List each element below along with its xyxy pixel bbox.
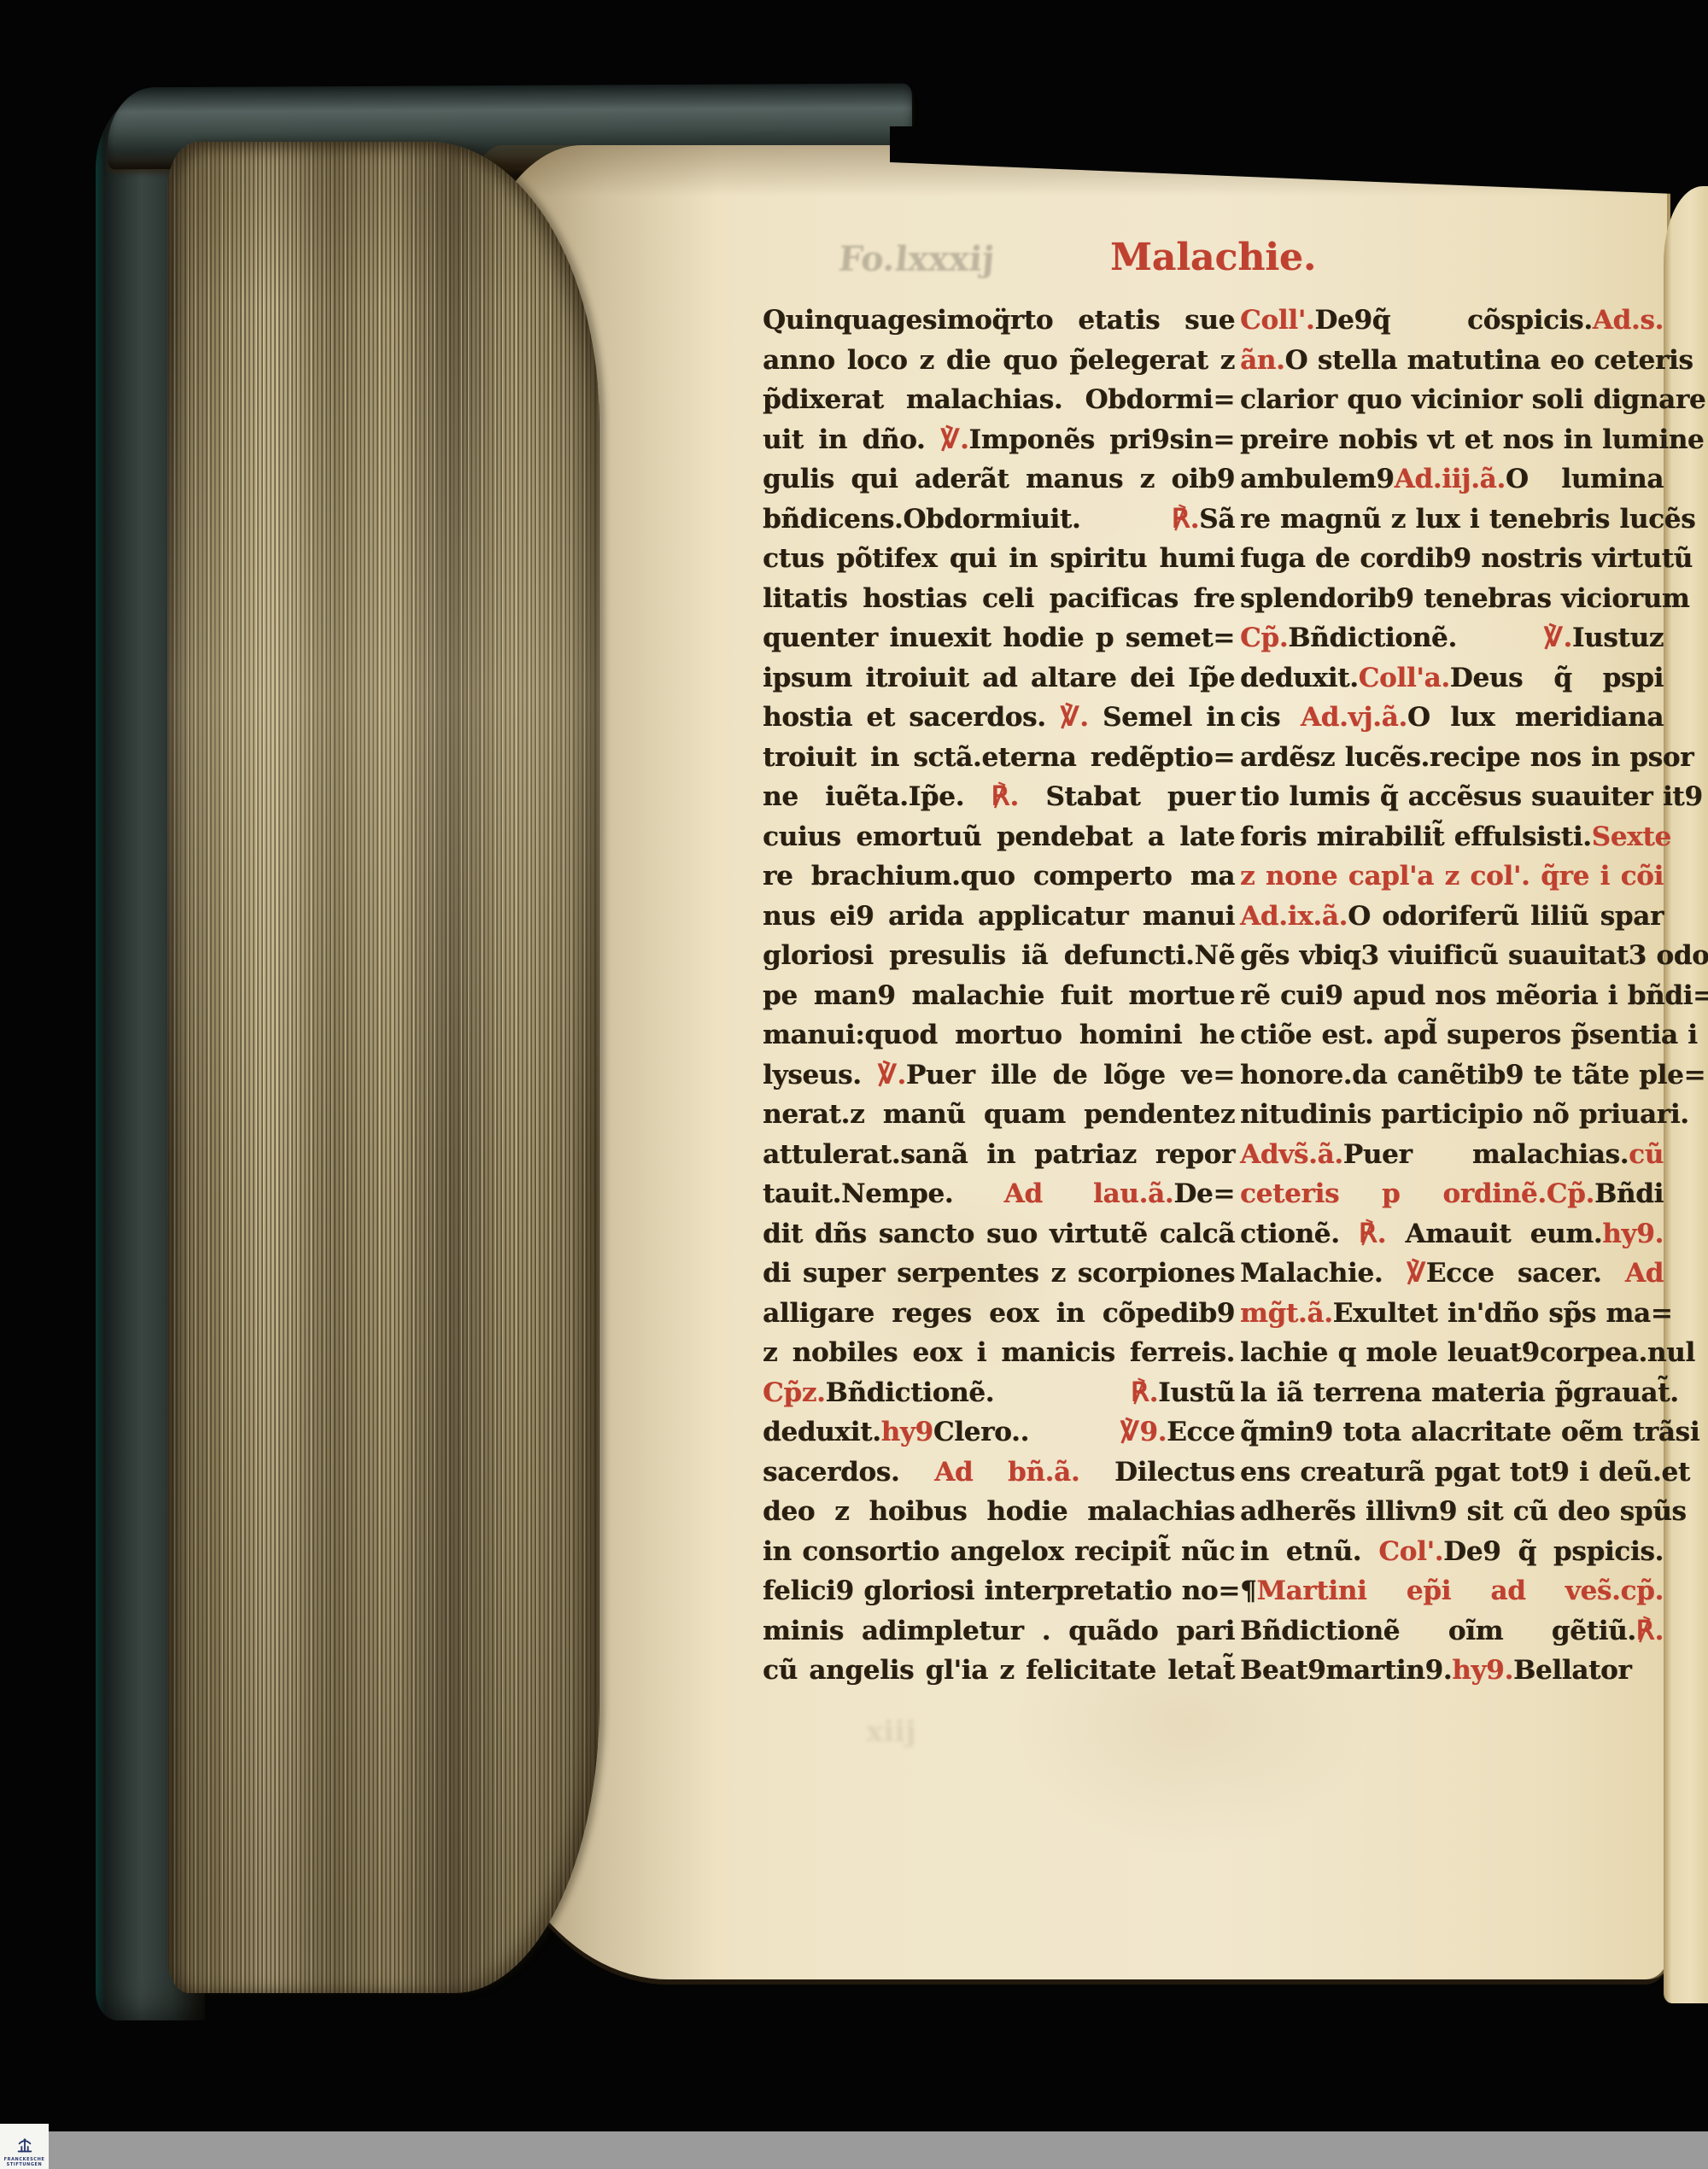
rubric-text: Ad.ix.ã.	[1240, 901, 1348, 932]
rubric-text: z none capl'a z col'. q̃re i cõi	[1240, 861, 1664, 892]
rubric-text: Col'.	[1378, 1536, 1443, 1567]
body-text: gẽs vbiq3 viuificũ suauitat3 odo	[1240, 940, 1708, 971]
body-text: re magnũ z lux i tenebris lucẽs	[1240, 504, 1695, 535]
body-text: deduxit.	[763, 1417, 881, 1447]
text-line: ipsum itroiuit ad altare dei Ip̃e	[763, 658, 1235, 699]
body-text: la iã terrena materia p̃grauat̃.	[1240, 1377, 1679, 1408]
text-line: cũ angelis gl'ia z felicitate letat̃	[763, 1651, 1235, 1691]
text-column-right: Coll'.De9q̃ cõspicis.Ad.s.ãn.O stella ma…	[1240, 301, 1664, 1691]
body-text: felici9 gloriosi interpretatio no=	[763, 1576, 1240, 1606]
body-text: gloriosi presulis iã defuncti.Nẽ	[763, 940, 1235, 971]
body-text: deduxit.	[1240, 663, 1359, 693]
body-text: Puer malachias.	[1343, 1139, 1629, 1170]
foundation-emblem-icon	[15, 2137, 34, 2155]
body-text: Sã	[1199, 504, 1235, 535]
body-text: Imponẽs pri9sin=	[969, 424, 1235, 455]
body-text: preire nobis vt et nos in lumine	[1240, 424, 1704, 455]
text-line: manui:quod mortuo homini he	[763, 1015, 1235, 1055]
body-text: Bñdi	[1594, 1178, 1664, 1209]
running-title: Malachie.	[1110, 236, 1307, 279]
body-text: Beat9martin9.	[1240, 1655, 1452, 1686]
text-column-left: Quinquagesimoq̈rto etatis sueanno loco z…	[763, 301, 1235, 1691]
text-line: z nobiles eox i manicis ferreis.	[763, 1333, 1235, 1373]
body-text: ctus põtifex qui in spiritu humi	[763, 543, 1235, 574]
text-line: hostia et sacerdos. ℣. Semel in	[763, 698, 1235, 738]
text-line: ceteris p ordinẽ.Cp̃.Bñdi	[1240, 1174, 1664, 1214]
body-text: O lux meridiana	[1407, 702, 1664, 733]
text-line: Beat9martin9.hy9.Bellator	[1240, 1651, 1664, 1691]
rubric-text: Cp̃.	[1240, 623, 1288, 653]
body-text: rẽ cui9 apud nos mẽoria i bñdi=	[1240, 980, 1708, 1011]
text-line: nus ei9 arida applicatur manui	[763, 897, 1235, 937]
body-text: lyseus.	[763, 1060, 877, 1090]
body-text: ambulem9	[1240, 464, 1395, 494]
rubric-text: Ad.iij.ã.	[1395, 464, 1506, 494]
rubric-text: ℟.	[1172, 504, 1199, 535]
text-line: tauit.Nempe. Ad lau.ã.De=	[763, 1174, 1235, 1214]
text-line: cis Ad.vj.ã.O lux meridiana	[1240, 698, 1664, 738]
rubric-text: Ad lau.ã.	[1004, 1178, 1174, 1209]
text-line: gẽs vbiq3 viuificũ suauitat3 odo	[1240, 936, 1664, 976]
body-text: Bellator	[1513, 1655, 1632, 1686]
body-text: litatis hostias celi pacificas fre	[763, 583, 1235, 614]
body-text: Ecce	[1167, 1417, 1235, 1447]
body-text: Bñdictionẽ oĩm gẽtiũ.	[1240, 1616, 1636, 1646]
body-text: ne iuẽta.Ip̃e.	[763, 781, 991, 812]
rubric-text: ℟.	[991, 781, 1019, 812]
rubric-text: ℟.	[1131, 1377, 1158, 1408]
body-text: cũ angelis gl'ia z felicitate letat̃	[763, 1655, 1235, 1686]
text-line: gulis qui aderãt manus z oib9	[763, 459, 1235, 500]
text-line: re magnũ z lux i tenebris lucẽs	[1240, 500, 1664, 540]
rubric-text: hy9	[881, 1417, 933, 1447]
logo-text-line2: STIFTUNGEN	[7, 2162, 43, 2167]
body-text: quenter inuexit hodie p semet=	[763, 623, 1235, 653]
body-text: ctiõe est. apd̃ superos p̃sentia i	[1240, 1020, 1698, 1050]
text-line: deduxit.hy9Clero.. ℣9.Ecce	[763, 1412, 1235, 1453]
text-line: in etnũ. Col'.De9 q̃ pspicis.	[1240, 1532, 1664, 1572]
body-text: re brachium.quo comperto ma	[763, 861, 1235, 892]
text-line: preire nobis vt et nos in lumine	[1240, 420, 1664, 460]
text-line: q̃min9 tota alacritate oẽm trãsi	[1240, 1412, 1664, 1453]
show-through-signature-mark: xiij	[866, 1715, 915, 1749]
body-text: sacerdos.	[763, 1457, 934, 1488]
text-line: bñdicens.Obdormiuit. ℟.Sã	[763, 500, 1235, 540]
body-text: in consortio angelox recipit̃ nũc	[763, 1536, 1235, 1567]
text-line: nerat.z manũ quam pendentez	[763, 1095, 1235, 1135]
franckesche-stiftungen-logo: FRANCKESCHE STIFTUNGEN	[0, 2124, 49, 2169]
body-text: Bñdictionẽ.	[1288, 623, 1543, 653]
text-line: sacerdos. Ad bñ.ã. Dilectus	[763, 1453, 1235, 1493]
text-line: ardẽsz lucẽs.recipe nos in psor	[1240, 738, 1664, 778]
text-line: lachie q mole leuat9corpea.nul	[1240, 1333, 1664, 1373]
text-line: Advs̃.ã.Puer malachias.cũ	[1240, 1135, 1664, 1175]
show-through-folio-number: Fo.lxxxij	[837, 239, 997, 279]
text-line: ¶Martini ep̃i ad ves̃.cp̃.	[1240, 1571, 1664, 1611]
rubric-text: Ad bñ.ã.	[934, 1457, 1079, 1488]
text-line: ambulem9Ad.iij.ã.O lumina	[1240, 459, 1664, 500]
body-text: honore.da canẽtib9 te tãte ple=	[1240, 1060, 1705, 1090]
text-line: adherẽs illivn9 sit cũ deo spũs	[1240, 1492, 1664, 1532]
text-line: in consortio angelox recipit̃ nũc	[763, 1532, 1235, 1572]
rubric-text: ℣	[1407, 1258, 1426, 1289]
text-line: cuius emortuũ pendebat a late	[763, 817, 1235, 857]
rubric-text: cũ	[1629, 1139, 1664, 1170]
body-text: De9q̃ cõspicis.	[1314, 305, 1592, 336]
body-text: dit dñs sancto suo virtutẽ calcã	[763, 1219, 1235, 1249]
text-line: Coll'.De9q̃ cõspicis.Ad.s.	[1240, 301, 1664, 341]
body-text: p̃dixerat malachias. Obdormi=	[763, 384, 1235, 415]
rubric-text: ℟.	[1359, 1219, 1386, 1249]
body-text: bñdicens.Obdormiuit.	[763, 504, 1172, 535]
fore-edge-page-stack	[167, 142, 600, 1993]
body-text: q̃min9 tota alacritate oẽm trãsi	[1240, 1417, 1699, 1447]
body-text: ipsum itroiuit ad altare dei Ip̃e	[763, 663, 1235, 693]
text-line: re brachium.quo comperto ma	[763, 856, 1235, 897]
text-line: di super serpentes z scorpiones	[763, 1254, 1235, 1294]
text-line: pe man9 malachie fuit mortue	[763, 976, 1235, 1016]
rubric-text: mg̃t.ã.	[1240, 1298, 1333, 1329]
rubric-text: ℣.	[940, 424, 969, 455]
body-text: troiuit in sctã.eterna redẽptio=	[763, 742, 1235, 773]
body-text: De=	[1173, 1178, 1235, 1209]
text-line: nitudinis participio nõ priuari.	[1240, 1095, 1664, 1135]
body-text: Ecce sacer.	[1426, 1258, 1625, 1289]
body-text: uit in dño.	[763, 424, 940, 455]
body-text: hostia et sacerdos.	[763, 702, 1060, 733]
text-line: ctiõe est. apd̃ superos p̃sentia i	[1240, 1015, 1664, 1055]
facing-page-edge	[1664, 186, 1708, 2003]
body-text: O odoriferũ liliũ spar	[1348, 901, 1664, 932]
body-text: in etnũ.	[1240, 1536, 1378, 1567]
text-line: Malachie. ℣Ecce sacer. Ad	[1240, 1254, 1664, 1294]
text-line: attulerat.sanã in patriaz repor	[763, 1135, 1235, 1175]
text-line: deduxit.Coll'a.Deus q̃ pspi	[1240, 658, 1664, 699]
rubric-text: hy9.	[1602, 1219, 1664, 1249]
rubric-text: ceteris p ordinẽ.Cp̃.	[1240, 1178, 1594, 1209]
rubric-text: hy9.	[1452, 1655, 1513, 1686]
body-text: cis	[1240, 702, 1301, 733]
body-text: Stabat puer	[1019, 781, 1235, 812]
text-line: Cp̃.Bñdictionẽ. ℣.Iustuz	[1240, 618, 1664, 658]
text-line: deo z hoibus hodie malachias	[763, 1492, 1235, 1532]
body-text: z nobiles eox i manicis ferreis.	[763, 1337, 1235, 1368]
body-text: nitudinis participio nõ priuari.	[1240, 1099, 1689, 1130]
body-text: pe man9 malachie fuit mortue	[763, 980, 1235, 1011]
body-text: Puer ille de lõge ve=	[906, 1060, 1235, 1090]
scanner-gray-strip	[0, 2131, 1708, 2169]
text-line: honore.da canẽtib9 te tãte ple=	[1240, 1055, 1664, 1096]
body-text: clarior quo vicinior soli dignare	[1240, 384, 1705, 415]
body-text: Dilectus	[1079, 1457, 1235, 1488]
body-text: di super serpentes z scorpiones	[763, 1258, 1235, 1289]
rubric-text: Martini ep̃i ad ves̃.cp̃.	[1256, 1576, 1664, 1606]
body-text: splendorib9 tenebras viciorum	[1240, 583, 1689, 614]
body-text: foris mirabilit̃ effulsisti.	[1240, 821, 1592, 852]
text-line: Quinquagesimoq̈rto etatis sue	[763, 301, 1235, 341]
body-text: alligare reges eox in cõpedib9	[763, 1298, 1235, 1329]
text-line: ctionẽ. ℟. Amauit eum.hy9.	[1240, 1214, 1664, 1254]
text-line: la iã terrena materia p̃grauat̃.	[1240, 1373, 1664, 1413]
body-text: nerat.z manũ quam pendentez	[763, 1099, 1235, 1130]
body-text: Exultet in'dño sp̃s ma=	[1333, 1298, 1673, 1329]
body-text: ctionẽ.	[1240, 1219, 1359, 1249]
text-line: ne iuẽta.Ip̃e. ℟. Stabat puer	[763, 777, 1235, 817]
text-line: quenter inuexit hodie p semet=	[763, 618, 1235, 658]
rubric-text: Ad.vj.ã.	[1301, 702, 1407, 733]
text-line: minis adimpletur . quãdo pari	[763, 1611, 1235, 1652]
text-line: alligare reges eox in cõpedib9	[763, 1294, 1235, 1334]
body-text: tio lumis q̃ accẽsus suauiter it9	[1240, 781, 1703, 812]
rubric-text: ℣9.	[1120, 1417, 1167, 1447]
rubric-text: Ad	[1625, 1258, 1664, 1289]
body-text: fuga de cordib9 nostris virtutũ	[1240, 543, 1693, 574]
text-line: z none capl'a z col'. q̃re i cõi	[1240, 856, 1664, 897]
text-line: ctus põtifex qui in spiritu humi	[763, 539, 1235, 579]
rubric-text: ℣.	[1543, 623, 1572, 653]
body-text: Malachie.	[1240, 1258, 1407, 1289]
rubric-text: Coll'.	[1240, 305, 1314, 336]
text-line: ens creaturã pgat tot9 i deũ.et	[1240, 1453, 1664, 1493]
body-text: Amauit eum.	[1386, 1219, 1602, 1249]
text-line: lyseus. ℣.Puer ille de lõge ve=	[763, 1055, 1235, 1096]
text-line: litatis hostias celi pacificas fre	[763, 579, 1235, 619]
rubric-text: ℣.	[877, 1060, 906, 1090]
body-text: Semel in	[1089, 702, 1235, 733]
text-line: fuga de cordib9 nostris virtutũ	[1240, 539, 1664, 579]
rubric-text: ℟.	[1636, 1616, 1664, 1646]
body-text: adherẽs illivn9 sit cũ deo spũs	[1240, 1496, 1687, 1527]
rubric-text: ãn.	[1240, 345, 1285, 376]
body-text: ens creaturã pgat tot9 i deũ.et	[1240, 1457, 1690, 1488]
body-text: anno loco z die quo p̃elegerat z	[763, 345, 1235, 376]
text-line: clarior quo vicinior soli dignare	[1240, 380, 1664, 420]
body-text: Iustũ	[1158, 1377, 1235, 1408]
body-text: nus ei9 arida applicatur manui	[763, 901, 1235, 932]
body-text: minis adimpletur . quãdo pari	[763, 1616, 1235, 1646]
body-text: attulerat.sanã in patriaz repor	[763, 1139, 1235, 1170]
text-line: Cp̃z.Bñdictionẽ. ℟.Iustũ	[763, 1373, 1235, 1413]
text-line: mg̃t.ã.Exultet in'dño sp̃s ma=	[1240, 1294, 1664, 1334]
rubric-text: Sexte	[1592, 821, 1671, 852]
text-line: uit in dño. ℣.Imponẽs pri9sin=	[763, 420, 1235, 460]
rubric-text: ℣.	[1060, 702, 1089, 733]
text-line: felici9 gloriosi interpretatio no=	[763, 1571, 1235, 1611]
body-text: Quinquagesimoq̈rto etatis sue	[763, 305, 1235, 336]
body-text: tauit.Nempe.	[763, 1178, 1004, 1209]
text-line: splendorib9 tenebras viciorum	[1240, 579, 1664, 619]
photograph-of-incunable-book: Fo.lxxxij Malachie. Quinquagesimoq̈rto e…	[0, 0, 1708, 2169]
text-line: rẽ cui9 apud nos mẽoria i bñdi=	[1240, 976, 1664, 1016]
text-line: gloriosi presulis iã defuncti.Nẽ	[763, 936, 1235, 976]
text-line: foris mirabilit̃ effulsisti.Sexte	[1240, 817, 1664, 857]
text-line: dit dñs sancto suo virtutẽ calcã	[763, 1214, 1235, 1254]
body-text: Clero..	[933, 1417, 1120, 1447]
body-text: gulis qui aderãt manus z oib9	[763, 464, 1235, 494]
text-line: anno loco z die quo p̃elegerat z	[763, 341, 1235, 381]
rubric-text: Advs̃.ã.	[1240, 1139, 1343, 1170]
rubric-text: Coll'a.	[1359, 663, 1450, 693]
body-text: ardẽsz lucẽs.recipe nos in psor	[1240, 742, 1693, 773]
body-text: De9 q̃ pspicis.	[1443, 1536, 1664, 1567]
text-line: tio lumis q̃ accẽsus suauiter it9	[1240, 777, 1664, 817]
body-text: Deus q̃ pspi	[1450, 663, 1664, 693]
text-line: troiuit in sctã.eterna redẽptio=	[763, 738, 1235, 778]
body-text: cuius emortuũ pendebat a late	[763, 821, 1235, 852]
body-text: ¶	[1240, 1576, 1256, 1606]
body-text: Bñdictionẽ.	[826, 1377, 1131, 1408]
rubric-text: Ad.s.	[1593, 305, 1664, 336]
body-text: O stella matutina eo ceteris	[1285, 345, 1693, 376]
text-line: Ad.ix.ã.O odoriferũ liliũ spar	[1240, 897, 1664, 937]
rubric-text: Cp̃z.	[763, 1377, 826, 1408]
body-text: lachie q mole leuat9corpea.nul	[1240, 1337, 1695, 1368]
body-text: Iustuz	[1572, 623, 1664, 653]
body-text: manui:quod mortuo homini he	[763, 1020, 1235, 1050]
text-line: Bñdictionẽ oĩm gẽtiũ.℟.	[1240, 1611, 1664, 1652]
body-text: deo z hoibus hodie malachias	[763, 1496, 1235, 1527]
text-line: ãn.O stella matutina eo ceteris	[1240, 341, 1664, 381]
text-line: p̃dixerat malachias. Obdormi=	[763, 380, 1235, 420]
body-text: O lumina	[1506, 464, 1664, 494]
